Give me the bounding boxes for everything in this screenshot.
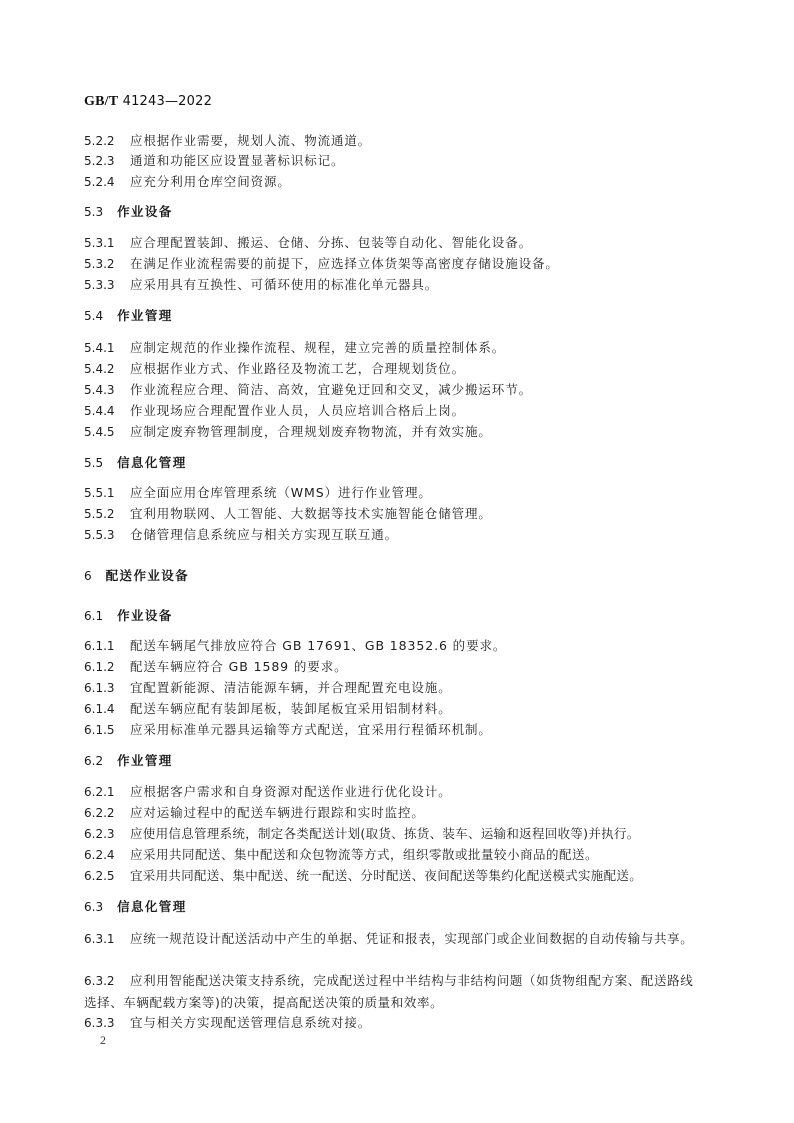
clause-text: 配送车辆应配有装卸尾板，装卸尾板宜采用铝制材料。 bbox=[130, 701, 452, 716]
clause-5-2-3: 5.2.3通道和功能区应设置显著标识标记。 bbox=[84, 153, 344, 169]
clause-text: 通道和功能区应设置显著标识标记。 bbox=[130, 153, 344, 168]
clause-number: 5.5.1 bbox=[84, 485, 130, 501]
standard-code: GB/T bbox=[84, 94, 118, 109]
clause-5-4-1: 5.4.1应制定规范的作业操作流程、规程，建立完善的质量控制体系。 bbox=[84, 340, 505, 356]
chapter-heading-6: 6配送作业设备 bbox=[84, 568, 189, 584]
clause-text: 应统一规范设计配送活动中产生的单据、凭证和报表，实现部门或企业间数据的自动传输与… bbox=[130, 931, 693, 946]
section-title: 作业管理 bbox=[117, 753, 173, 768]
section-title: 作业设备 bbox=[117, 608, 173, 623]
clause-text: 应制定规范的作业操作流程、规程，建立完善的质量控制体系。 bbox=[130, 340, 505, 355]
clause-5-2-2: 5.2.2应根据作业需要，规划人流、物流通道。 bbox=[84, 133, 371, 149]
clause-6-1-2: 6.1.2配送车辆应符合 GB 1589 的要求。 bbox=[84, 659, 348, 675]
clause-number: 6.3.2 bbox=[84, 971, 130, 992]
clause-number: 5.3.2 bbox=[84, 256, 130, 272]
clause-text: 在满足作业流程需要的前提下，应选择立体货架等高密度存储设施设备。 bbox=[130, 256, 559, 271]
section-title: 作业设备 bbox=[117, 204, 173, 219]
clause-text: 宜利用物联网、人工智能、大数据等技术实施智能仓储管理。 bbox=[130, 506, 492, 521]
clause-number: 6.2.1 bbox=[84, 784, 130, 800]
clause-5-4-4: 5.4.4作业现场应合理配置作业人员，人员应培训合格后上岗。 bbox=[84, 403, 465, 419]
clause-6-2-3: 6.2.3应使用信息管理系统，制定各类配送计划(取货、拣货、装车、运输和返程回收… bbox=[84, 826, 640, 842]
clause-text: 作业流程应合理、简洁、高效，宜避免迂回和交叉，减少搬运环节。 bbox=[130, 382, 532, 397]
clause-text: 宜配置新能源、清洁能源车辆，并合理配置充电设施。 bbox=[130, 680, 452, 695]
clause-number: 6.2.5 bbox=[84, 868, 130, 884]
clause-text: 应采用标准单元器具运输等方式配送，宜采用行程循环机制。 bbox=[130, 722, 492, 737]
clause-number: 5.4.3 bbox=[84, 382, 130, 398]
section-number: 6.2 bbox=[84, 753, 103, 769]
clause-5-3-3: 5.3.3应采用具有互换性、可循环使用的标准化单元器具。 bbox=[84, 277, 438, 293]
clause-number: 6.2.3 bbox=[84, 826, 130, 842]
clause-number: 5.2.4 bbox=[84, 174, 130, 190]
clause-text: 配送车辆尾气排放应符合 GB 17691、GB 18352.6 的要求。 bbox=[130, 638, 506, 653]
clause-number: 5.4.5 bbox=[84, 424, 130, 440]
clause-number: 6.1.1 bbox=[84, 638, 130, 654]
clause-number: 5.5.3 bbox=[84, 527, 130, 543]
section-number: 5.4 bbox=[84, 308, 103, 324]
clause-text: 应根据作业需要，规划人流、物流通道。 bbox=[130, 133, 371, 148]
clause-text: 配送车辆应符合 GB 1589 的要求。 bbox=[130, 659, 348, 674]
clause-6-2-1: 6.2.1应根据客户需求和自身资源对配送作业进行优化设计。 bbox=[84, 784, 452, 800]
clause-text: 应采用共同配送、集中配送和众包物流等方式，组织零散或批量较小商品的配送。 bbox=[130, 847, 598, 862]
section-number: 5.5 bbox=[84, 455, 103, 471]
clause-6-1-5: 6.1.5应采用标准单元器具运输等方式配送，宜采用行程循环机制。 bbox=[84, 722, 492, 738]
page-number: 2 bbox=[100, 1033, 106, 1048]
clause-number: 5.3.1 bbox=[84, 235, 130, 251]
clause-text: 应使用信息管理系统，制定各类配送计划(取货、拣货、装车、运输和返程回收等)并执行… bbox=[130, 826, 640, 841]
clause-5-5-2: 5.5.2宜利用物联网、人工智能、大数据等技术实施智能仓储管理。 bbox=[84, 506, 492, 522]
clause-5-5-1: 5.5.1应全面应用仓库管理系统（WMS）进行作业管理。 bbox=[84, 485, 432, 501]
clause-number: 5.2.3 bbox=[84, 153, 130, 169]
clause-number: 5.5.2 bbox=[84, 506, 130, 522]
standard-header: GB/T 41243—2022 bbox=[84, 94, 212, 110]
clause-number: 6.1.5 bbox=[84, 722, 130, 738]
clause-text: 应利用智能配送决策支持系统，完成配送过程中半结构与非结构问题（如货物组配方案、配… bbox=[84, 973, 693, 1010]
clause-text: 宜与相关方实现配送管理信息系统对接。 bbox=[130, 1015, 371, 1030]
clause-number: 6.1.2 bbox=[84, 659, 130, 675]
section-heading-5-4: 5.4作业管理 bbox=[84, 308, 173, 324]
clause-text: 应对运输过程中的配送车辆进行跟踪和实时监控。 bbox=[130, 805, 425, 820]
clause-text: 应充分利用仓库空间资源。 bbox=[130, 174, 291, 189]
clause-number: 6.2.2 bbox=[84, 805, 130, 821]
chapter-title: 配送作业设备 bbox=[106, 568, 189, 583]
clause-number: 6.1.4 bbox=[84, 701, 130, 717]
clause-number: 5.4.1 bbox=[84, 340, 130, 356]
clause-5-4-3: 5.4.3作业流程应合理、简洁、高效，宜避免迂回和交叉，减少搬运环节。 bbox=[84, 382, 532, 398]
clause-6-1-3: 6.1.3宜配置新能源、清洁能源车辆，并合理配置充电设施。 bbox=[84, 680, 452, 696]
section-title: 作业管理 bbox=[117, 308, 173, 323]
section-heading-6-2: 6.2作业管理 bbox=[84, 753, 173, 769]
section-title: 信息化管理 bbox=[117, 899, 187, 914]
document-page: GB/T 41243—2022 5.2.2应根据作业需要，规划人流、物流通道。 … bbox=[0, 0, 794, 1123]
clause-number: 6.2.4 bbox=[84, 847, 130, 863]
clause-6-1-1: 6.1.1配送车辆尾气排放应符合 GB 17691、GB 18352.6 的要求… bbox=[84, 638, 506, 654]
section-heading-5-3: 5.3作业设备 bbox=[84, 204, 173, 220]
clause-number: 5.4.2 bbox=[84, 361, 130, 377]
section-number: 6.3 bbox=[84, 899, 103, 915]
chapter-number: 6 bbox=[84, 568, 92, 584]
clause-text: 应全面应用仓库管理系统（WMS）进行作业管理。 bbox=[130, 485, 432, 500]
clause-text: 应合理配置装卸、搬运、仓储、分拣、包装等自动化、智能化设备。 bbox=[130, 235, 532, 250]
section-heading-6-3: 6.3信息化管理 bbox=[84, 899, 187, 915]
clause-number: 5.3.3 bbox=[84, 277, 130, 293]
clause-6-2-5: 6.2.5宜采用共同配送、集中配送、统一配送、分时配送、夜间配送等集约化配送模式… bbox=[84, 868, 642, 884]
clause-6-3-2: 6.3.2应利用智能配送决策支持系统，完成配送过程中半结构与非结构问题（如货物组… bbox=[84, 970, 700, 1013]
section-title: 信息化管理 bbox=[117, 455, 187, 470]
clause-5-4-2: 5.4.2应根据作业方式、作业路径及物流工艺，合理规划货位。 bbox=[84, 361, 465, 377]
clause-number: 5.4.4 bbox=[84, 403, 130, 419]
clause-5-4-5: 5.4.5应制定废弃物管理制度，合理规划废弃物物流，并有效实施。 bbox=[84, 424, 492, 440]
clause-text: 应制定废弃物管理制度，合理规划废弃物物流，并有效实施。 bbox=[130, 424, 492, 439]
clause-text: 应采用具有互换性、可循环使用的标准化单元器具。 bbox=[130, 277, 438, 292]
clause-number: 6.3.3 bbox=[84, 1015, 130, 1031]
clause-6-3-3: 6.3.3宜与相关方实现配送管理信息系统对接。 bbox=[84, 1015, 371, 1031]
clause-number: 5.2.2 bbox=[84, 133, 130, 149]
clause-5-5-3: 5.5.3仓储管理信息系统应与相关方实现互联互通。 bbox=[84, 527, 398, 543]
clause-text: 作业现场应合理配置作业人员，人员应培训合格后上岗。 bbox=[130, 403, 465, 418]
clause-5-3-2: 5.3.2在满足作业流程需要的前提下，应选择立体货架等高密度存储设施设备。 bbox=[84, 256, 559, 272]
clause-5-2-4: 5.2.4应充分利用仓库空间资源。 bbox=[84, 174, 291, 190]
clause-5-3-1: 5.3.1应合理配置装卸、搬运、仓储、分拣、包装等自动化、智能化设备。 bbox=[84, 235, 532, 251]
section-heading-5-5: 5.5信息化管理 bbox=[84, 455, 187, 471]
clause-text: 应根据作业方式、作业路径及物流工艺，合理规划货位。 bbox=[130, 361, 465, 376]
clause-text: 应根据客户需求和自身资源对配送作业进行优化设计。 bbox=[130, 784, 452, 799]
section-heading-6-1: 6.1作业设备 bbox=[84, 608, 173, 624]
section-number: 5.3 bbox=[84, 204, 103, 220]
standard-number: 41243—2022 bbox=[123, 94, 212, 109]
clause-text: 仓储管理信息系统应与相关方实现互联互通。 bbox=[130, 527, 398, 542]
clause-6-2-4: 6.2.4应采用共同配送、集中配送和众包物流等方式，组织零散或批量较小商品的配送… bbox=[84, 847, 598, 863]
section-number: 6.1 bbox=[84, 608, 103, 624]
clause-text: 宜采用共同配送、集中配送、统一配送、分时配送、夜间配送等集约化配送模式实施配送。 bbox=[130, 868, 642, 883]
clause-number: 6.3.1 bbox=[84, 929, 130, 950]
clause-number: 6.1.3 bbox=[84, 680, 130, 696]
clause-6-1-4: 6.1.4配送车辆应配有装卸尾板，装卸尾板宜采用铝制材料。 bbox=[84, 701, 452, 717]
clause-6-2-2: 6.2.2应对运输过程中的配送车辆进行跟踪和实时监控。 bbox=[84, 805, 425, 821]
clause-6-3-1: 6.3.1应统一规范设计配送活动中产生的单据、凭证和报表，实现部门或企业间数据的… bbox=[84, 928, 700, 950]
